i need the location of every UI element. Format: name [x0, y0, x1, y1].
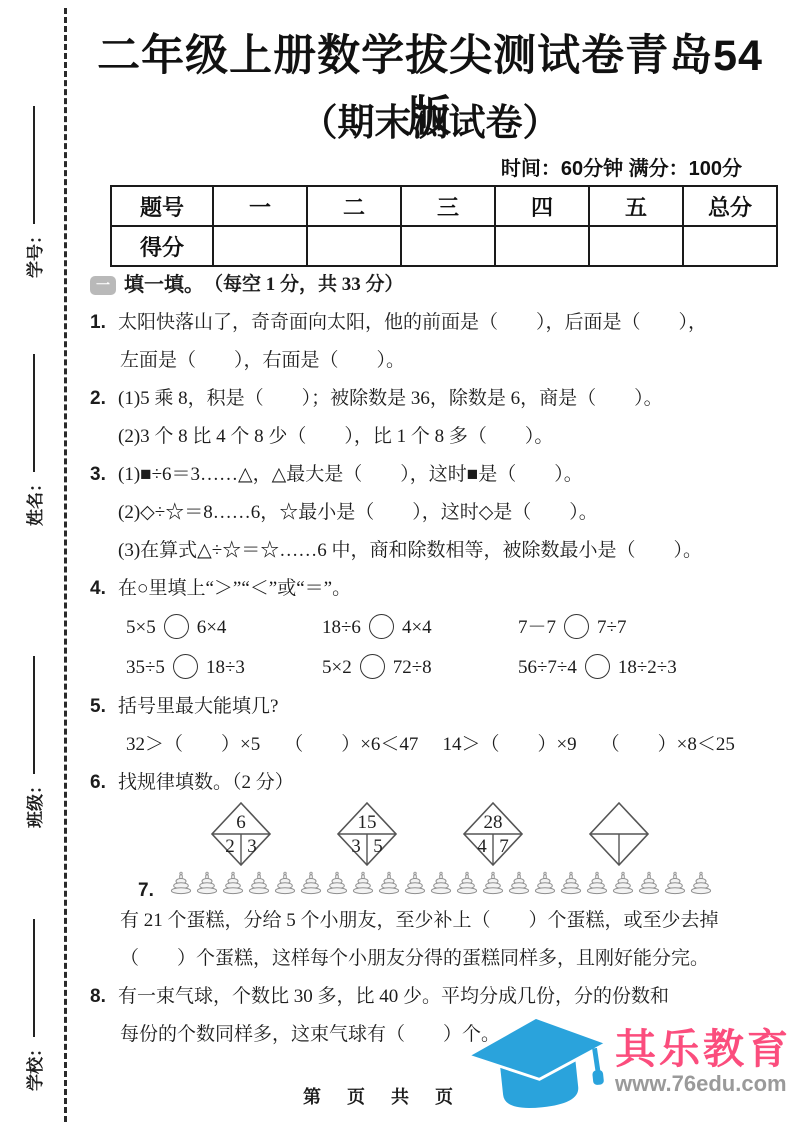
- svg-text:15: 15: [358, 812, 377, 833]
- time-score-meta: 时间：60分钟 满分：100分: [80, 152, 742, 181]
- margin-field-3: 班级：: [20, 616, 46, 828]
- max-fill-expression: 14＞（ ）×9: [442, 726, 576, 764]
- right-expression: 6×4: [197, 617, 227, 638]
- comparison-item: 5×56×4: [126, 608, 322, 648]
- comparison-item: 18÷64×4: [322, 608, 518, 648]
- question-3-line-1: 3.(1)■÷6＝3……△，△最大是（ ），这时■是（ ）。: [90, 456, 790, 494]
- svg-text:4: 4: [477, 836, 487, 857]
- cake-icon: [404, 871, 426, 902]
- question-4-text: 在○里填上“＞”“＜”或“＝”。: [118, 578, 351, 599]
- cake-icon: [170, 871, 192, 902]
- max-fill-expression: （ ）×8＜25: [601, 726, 735, 764]
- score-empty-cell: [589, 226, 683, 266]
- right-expression: 72÷8: [393, 657, 432, 678]
- svg-text:2: 2: [225, 836, 235, 857]
- cake-icon: [586, 871, 608, 902]
- left-expression: 56÷7÷4: [518, 657, 577, 678]
- score-empty-cell: [495, 226, 589, 266]
- cake-icon: [456, 871, 478, 902]
- question-3-text-3: (3)在算式△÷☆＝☆……6 中，商和除数相等，被除数最小是（ ）。: [118, 540, 702, 561]
- score-table-header-cell: 总分: [683, 186, 777, 226]
- score-empty-cell: [683, 226, 777, 266]
- question-2-line-2: (2)3 个 8 比 4 个 8 少（ ），比 1 个 8 多（ ）。: [90, 418, 790, 456]
- cake-icon: [378, 871, 400, 902]
- max-fill-expression: 32＞（ ）×5: [126, 726, 260, 764]
- question-5-number: 5.: [90, 688, 118, 726]
- score-table-header-label: 题号: [111, 186, 213, 226]
- score-table-header-cell: 一: [213, 186, 307, 226]
- score-empty-cell: [307, 226, 401, 266]
- margin-field-2: 姓名：: [20, 314, 46, 526]
- score-table-header-cell: 三: [401, 186, 495, 226]
- margin-field-blank-line: [31, 354, 35, 472]
- cake-icon: [352, 871, 374, 902]
- question-6-number: 6.: [90, 764, 118, 802]
- diamond-figure: [588, 801, 650, 873]
- section-title: 填一填。: [124, 270, 204, 300]
- right-expression: 18÷3: [206, 657, 245, 678]
- left-expression: 5×5: [126, 617, 156, 638]
- question-4-intro: 4.在○里填上“＞”“＜”或“＝”。: [90, 570, 790, 608]
- question-6-intro: 6.找规律填数。（2 分）: [90, 764, 790, 802]
- question-7-line-2: （ ）个蛋糕，这样每个小朋友分得的蛋糕同样多，且刚好能分完。: [90, 940, 790, 978]
- svg-text:6: 6: [236, 812, 246, 833]
- question-7-text-2: （ ）个蛋糕，这样每个小朋友分得的蛋糕同样多，且刚好能分完。: [120, 948, 709, 969]
- margin-field-label: 学校：: [21, 1040, 46, 1091]
- score-table-header-cell: 二: [307, 186, 401, 226]
- comparison-item: 35÷518÷3: [126, 648, 322, 688]
- score-table-header-cell: 四: [495, 186, 589, 226]
- brand-logo: 其乐教育 www.76edu.com: [463, 1006, 791, 1118]
- question-2-line-1: 2.(1)5 乘 8，积是（ ）；被除数是 36，除数是 6，商是（ ）。: [90, 380, 790, 418]
- margin-field-4: 学校：: [20, 879, 46, 1091]
- margin-field-label: 学号：: [21, 227, 46, 278]
- question-3-number: 3.: [90, 456, 118, 494]
- diamond-figure: 1535: [336, 801, 398, 873]
- section-note: （每空 1 分，共 33 分）: [204, 270, 404, 300]
- max-fill-expression: （ ）×6＜47: [284, 726, 418, 764]
- cake-icon: [690, 871, 712, 902]
- diamond-figure: 623: [210, 801, 272, 873]
- svg-text:3: 3: [247, 836, 257, 857]
- cake-icon: [326, 871, 348, 902]
- right-expression: 7÷7: [597, 617, 626, 638]
- question-5-intro: 5.括号里最大能填几?: [90, 688, 790, 726]
- question-8-number: 8.: [90, 978, 118, 1016]
- cake-icon: [534, 871, 556, 902]
- question-7-cake-row: 7.: [90, 872, 790, 902]
- diamond-figure: 2847: [462, 801, 524, 873]
- score-table: 题号一二三四五总分得分: [110, 185, 778, 267]
- comparison-row: 35÷518÷35×272÷856÷7÷418÷2÷3: [90, 648, 790, 688]
- cut-dashed-line: [64, 8, 67, 1122]
- question-3-line-3: (3)在算式△÷☆＝☆……6 中，商和除数相等，被除数最小是（ ）。: [90, 532, 790, 570]
- cake-icons: [170, 871, 712, 902]
- answer-circle: [360, 654, 385, 679]
- left-expression: 5×2: [322, 657, 352, 678]
- comparison-item: 5×272÷8: [322, 648, 518, 688]
- right-expression: 4×4: [402, 617, 432, 638]
- cake-icon: [430, 871, 452, 902]
- left-expression: 7－7: [518, 617, 556, 638]
- question-1-text-1: 太阳快落山了，奇奇面向太阳，他的前面是（ ），后面是（ ），: [118, 312, 707, 333]
- cake-icon: [508, 871, 530, 902]
- question-7-number: 7.: [138, 880, 166, 902]
- answer-circle: [585, 654, 610, 679]
- question-3-text-1: (1)■÷6＝3……△，△最大是（ ），这时■是（ ）。: [118, 464, 583, 485]
- page-subtitle: （期末测试卷）: [80, 92, 780, 146]
- question-5-expressions: 32＞（ ）×5（ ）×6＜4714＞（ ）×9（ ）×8＜25: [90, 726, 790, 764]
- question-4-comparison-rows: 5×56×418÷64×47－77÷735÷518÷35×272÷856÷7÷4…: [90, 608, 790, 688]
- brand-name: 其乐教育: [615, 1027, 791, 1071]
- cake-icon: [482, 871, 504, 902]
- comparison-row: 5×56×418÷64×47－77÷7: [90, 608, 790, 648]
- svg-text:3: 3: [351, 836, 361, 857]
- question-1-number: 1.: [90, 304, 118, 342]
- question-2-text-2: (2)3 个 8 比 4 个 8 少（ ），比 1 个 8 多（ ）。: [118, 426, 553, 447]
- cake-icon: [274, 871, 296, 902]
- section-1-header: 一 填一填。 （每空 1 分，共 33 分）: [90, 266, 790, 304]
- comparison-item: 7－77÷7: [518, 608, 790, 648]
- graduation-cap-icon: [463, 1006, 613, 1118]
- left-expression: 18÷6: [322, 617, 361, 638]
- section-number-badge: 一: [90, 276, 116, 295]
- margin-field-label: 姓名：: [21, 475, 46, 526]
- question-1-line-1: 1.太阳快落山了，奇奇面向太阳，他的前面是（ ），后面是（ ），: [90, 304, 790, 342]
- question-1-line-2: 左面是（ ），右面是（ ）。: [90, 342, 790, 380]
- student-info-margin: 学号：姓名：班级：学校：: [0, 0, 68, 1122]
- score-table-header-cell: 五: [589, 186, 683, 226]
- cake-icon: [196, 871, 218, 902]
- answer-circle: [369, 614, 394, 639]
- question-7-line-1: 有 21 个蛋糕，分给 5 个小朋友，至少补上（ ）个蛋糕，或至少去掉: [90, 902, 790, 940]
- svg-text:28: 28: [484, 812, 503, 833]
- question-3-text-2: (2)◇÷☆＝8……6，☆最小是（ ），这时◇是（ ）。: [118, 502, 598, 523]
- right-expression: 18÷2÷3: [618, 657, 677, 678]
- answer-circle: [173, 654, 198, 679]
- score-empty-cell: [213, 226, 307, 266]
- cake-icon: [222, 871, 244, 902]
- cake-icon: [664, 871, 686, 902]
- score-empty-cell: [401, 226, 495, 266]
- answer-circle: [564, 614, 589, 639]
- question-5-text: 括号里最大能填几?: [118, 696, 278, 717]
- question-6-text: 找规律填数。（2 分）: [118, 772, 294, 793]
- question-8-text-2: 每份的个数同样多，这束气球有（ ）个。: [120, 1024, 500, 1045]
- question-7-text-1: 有 21 个蛋糕，分给 5 个小朋友，至少补上（ ）个蛋糕，或至少去掉: [120, 910, 719, 931]
- score-row-label: 得分: [111, 226, 213, 266]
- cake-icon: [560, 871, 582, 902]
- page-footer: 第 页 共 页: [290, 1083, 470, 1109]
- cake-icon: [300, 871, 322, 902]
- svg-text:5: 5: [373, 836, 383, 857]
- answer-circle: [164, 614, 189, 639]
- comparison-item: 56÷7÷418÷2÷3: [518, 648, 790, 688]
- cake-icon: [612, 871, 634, 902]
- question-area: 一 填一填。 （每空 1 分，共 33 分） 1.太阳快落山了，奇奇面向太阳，他…: [90, 266, 790, 1054]
- margin-field-blank-line: [31, 919, 35, 1037]
- cake-icon: [248, 871, 270, 902]
- margin-field-1: 学号：: [20, 66, 46, 278]
- question-4-number: 4.: [90, 570, 118, 608]
- question-2-text-1: (1)5 乘 8，积是（ ）；被除数是 36，除数是 6，商是（ ）。: [118, 388, 663, 409]
- margin-field-blank-line: [31, 656, 35, 774]
- question-1-text-2: 左面是（ ），右面是（ ）。: [120, 350, 405, 371]
- left-expression: 35÷5: [126, 657, 165, 678]
- brand-url: www.76edu.com: [615, 1071, 787, 1097]
- margin-field-label: 班级：: [21, 777, 46, 828]
- question-3-line-2: (2)◇÷☆＝8……6，☆最小是（ ），这时◇是（ ）。: [90, 494, 790, 532]
- question-6-diamond-figures: 62315352847: [90, 802, 790, 872]
- question-8-text-1: 有一束气球，个数比 30 多，比 40 少。平均分成几份，分的份数和: [118, 986, 669, 1007]
- cake-icon: [638, 871, 660, 902]
- question-2-number: 2.: [90, 380, 118, 418]
- margin-field-blank-line: [31, 106, 35, 224]
- svg-text:7: 7: [499, 836, 509, 857]
